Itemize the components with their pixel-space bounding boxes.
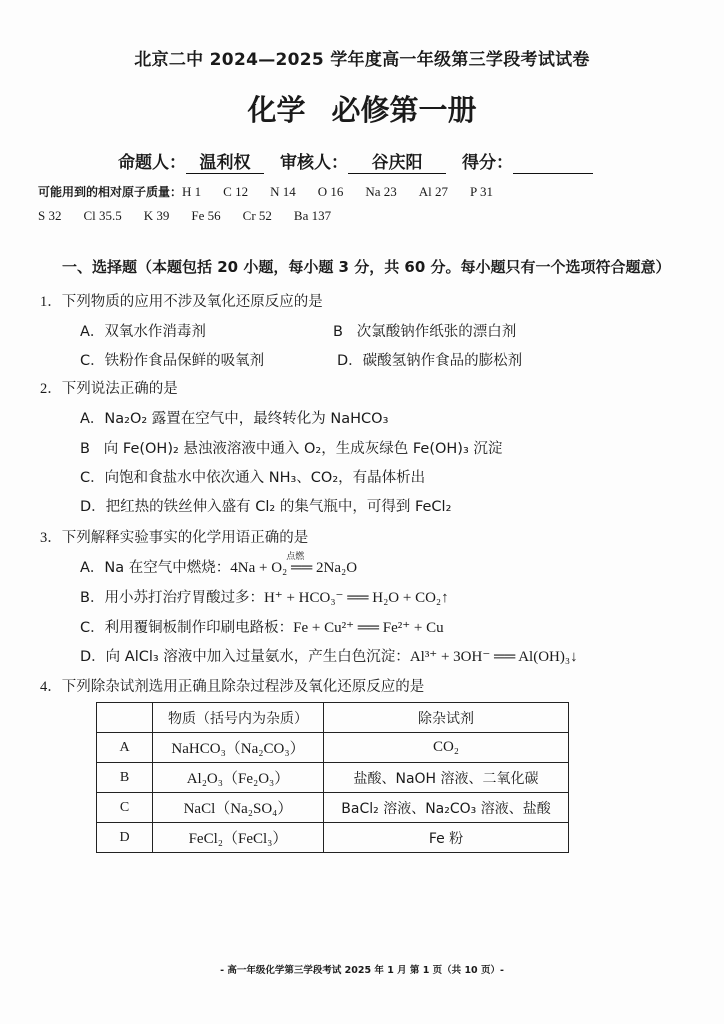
q1-option-c[interactable]: C．铁粉作食品保鲜的吸氧剂 xyxy=(80,349,264,370)
table-row[interactable]: D FeCl₂（FeCl₃） Fe 粉 xyxy=(97,823,569,853)
option-text: 铁粉作食品保鲜的吸氧剂 xyxy=(105,353,265,369)
section-title: 一、选择题（本题包括 20 小题，每小题 3 分，共 60 分。每小题只有一个选… xyxy=(62,256,671,277)
q1-option-b[interactable]: B 次氯酸钠作纸张的漂白剂 xyxy=(333,320,516,341)
option-text: 碳酸氢钠作食品的膨松剂 xyxy=(363,353,523,369)
atomic-masses-row1: 可能用到的相对原子质量：H 1C 12N 14O 16Na 23Al 27P 3… xyxy=(38,183,515,200)
atomic-mass: C 12 xyxy=(223,184,248,200)
question-2-stem: 2．下列说法正确的是 xyxy=(40,377,178,398)
atomic-mass: O 16 xyxy=(318,184,344,200)
option-letter: D xyxy=(97,823,153,853)
q1-option-a[interactable]: A．双氧水作消毒剂 xyxy=(80,320,206,341)
subject-title: 化学必修第一册 xyxy=(0,88,724,129)
substance-cell: NaCl（Na₂SO₄） xyxy=(153,793,324,823)
question-3-stem: 3．下列解释实验事实的化学用语正确的是 xyxy=(40,526,308,547)
q3-option-c[interactable]: C．利用覆铜板制作印刷电路板：Fe + Cu²⁺ ══ Fe²⁺ + Cu xyxy=(80,616,444,637)
q3-option-a[interactable]: A．Na 在空气中燃烧：点燃4Na + O₂ ══ 2Na₂O xyxy=(80,556,357,577)
score-label: 得分： xyxy=(462,153,513,173)
question-text: 下列物质的应用不涉及氧化还原反应的是 xyxy=(62,294,323,310)
question-text: 下列除杂试剂选用正确且除杂过程涉及氧化还原反应的是 xyxy=(62,679,425,695)
substance-cell: Al₂O₃（Fe₂O₃） xyxy=(153,763,324,793)
q2-option-c[interactable]: C．向饱和食盐水中依次通入 NH₃、CO₂，有晶体析出 xyxy=(80,466,425,487)
atomic-mass: Fe 56 xyxy=(191,208,220,224)
table-header-cell: 除杂试剂 xyxy=(324,703,569,733)
atomic-mass: Cr 52 xyxy=(243,208,272,224)
option-text: 向 AlCl₃ 溶液中加入过量氨水，产生白色沉淀： xyxy=(106,649,410,665)
option-letter: A． xyxy=(80,411,104,427)
exam-title: 北京二中 2024—2025 学年度高一年级第三学段考试试卷 xyxy=(0,45,724,70)
option-letter: A． xyxy=(80,324,104,340)
option-letter: B． xyxy=(80,590,104,606)
option-letter: A xyxy=(97,733,153,763)
option-letter: B xyxy=(97,763,153,793)
chemical-equation: Al³⁺ + 3OH⁻ ══ Al(OH)₃↓ xyxy=(410,649,578,665)
option-letter: C． xyxy=(80,353,105,369)
reagent-cell: BaCl₂ 溶液、Na₂CO₃ 溶液、盐酸 xyxy=(324,793,569,823)
question-number: 4． xyxy=(40,679,62,695)
question-1-stem: 1．下列物质的应用不涉及氧化还原反应的是 xyxy=(40,290,323,311)
question-4-stem: 4．下列除杂试剂选用正确且除杂过程涉及氧化还原反应的是 xyxy=(40,675,424,696)
option-letter: C． xyxy=(80,470,105,486)
reagent-cell: Fe 粉 xyxy=(324,823,569,853)
chemical-equation: 4Na + O₂ ══ 2Na₂O xyxy=(230,560,357,576)
chemical-equation: Fe + Cu²⁺ ══ Fe²⁺ + Cu xyxy=(293,620,444,636)
table-header-cell: 物质（括号内为杂质） xyxy=(153,703,324,733)
option-text: Na 在空气中燃烧： xyxy=(104,560,230,576)
option-text: 次氯酸钠作纸张的漂白剂 xyxy=(357,324,517,340)
option-letter: D． xyxy=(337,353,363,369)
question-number: 2． xyxy=(40,381,62,397)
atomic-mass: Al 27 xyxy=(419,184,448,200)
setter-label: 命题人： xyxy=(118,153,186,173)
option-text: Na₂O₂ 露置在空气中，最终转化为 NaHCO₃ xyxy=(104,411,388,427)
table-row[interactable]: B Al₂O₃（Fe₂O₃） 盐酸、NaOH 溶液、二氧化碳 xyxy=(97,763,569,793)
table-header-cell xyxy=(97,703,153,733)
equation: 点燃4Na + O₂ ══ 2Na₂O xyxy=(230,560,357,577)
atomic-mass: P 31 xyxy=(470,184,493,200)
book-name: 必修第一册 xyxy=(332,93,477,127)
option-letter: D． xyxy=(80,649,106,665)
q2-option-a[interactable]: A．Na₂O₂ 露置在空气中，最终转化为 NaHCO₃ xyxy=(80,407,388,428)
question-text: 下列说法正确的是 xyxy=(62,381,178,397)
question-number: 1． xyxy=(40,294,62,310)
option-letter: B xyxy=(80,441,90,457)
score-blank[interactable] xyxy=(513,153,593,174)
option-text: 把红热的铁丝伸入盛有 Cl₂ 的集气瓶中，可得到 FeCl₂ xyxy=(106,499,452,515)
subject-name: 化学 xyxy=(247,93,305,127)
q1-option-d[interactable]: D．碳酸氢钠作食品的膨松剂 xyxy=(337,349,522,370)
impurity-table: 物质（括号内为杂质） 除杂试剂 A NaHCO₃（Na₂CO₃） CO₂ B A… xyxy=(96,702,569,853)
substance-cell: NaHCO₃（Na₂CO₃） xyxy=(153,733,324,763)
atomic-mass: K 39 xyxy=(144,208,170,224)
q2-option-d[interactable]: D．把红热的铁丝伸入盛有 Cl₂ 的集气瓶中，可得到 FeCl₂ xyxy=(80,495,451,516)
exam-meta: 命题人：温利权审核人：谷庆阳得分： xyxy=(118,148,593,174)
q2-option-b[interactable]: B 向 Fe(OH)₂ 悬浊液溶液中通入 O₂，生成灰绿色 Fe(OH)₃ 沉淀 xyxy=(80,437,502,458)
atomic-mass: H 1 xyxy=(182,184,201,200)
atomic-mass: Na 23 xyxy=(365,184,396,200)
option-letter: D． xyxy=(80,499,106,515)
q3-option-b[interactable]: B．用小苏打治疗胃酸过多：H⁺ + HCO₃⁻ ══ H₂O + CO₂↑ xyxy=(80,586,449,607)
option-text: 利用覆铜板制作印刷电路板： xyxy=(105,620,294,636)
question-text: 下列解释实验事实的化学用语正确的是 xyxy=(62,530,309,546)
option-text: 用小苏打治疗胃酸过多： xyxy=(104,590,264,606)
reaction-condition: 点燃 xyxy=(286,549,304,562)
option-text: 向 Fe(OH)₂ 悬浊液溶液中通入 O₂，生成灰绿色 Fe(OH)₃ 沉淀 xyxy=(104,441,503,457)
reviewer-name: 谷庆阳 xyxy=(348,153,446,174)
option-text: 向饱和食盐水中依次通入 NH₃、CO₂，有晶体析出 xyxy=(105,470,426,486)
option-text: 双氧水作消毒剂 xyxy=(104,324,206,340)
table-row[interactable]: C NaCl（Na₂SO₄） BaCl₂ 溶液、Na₂CO₃ 溶液、盐酸 xyxy=(97,793,569,823)
substance-cell: FeCl₂（FeCl₃） xyxy=(153,823,324,853)
q3-option-d[interactable]: D．向 AlCl₃ 溶液中加入过量氨水，产生白色沉淀：Al³⁺ + 3OH⁻ ═… xyxy=(80,645,578,666)
option-letter: A． xyxy=(80,560,104,576)
option-letter: B xyxy=(333,324,343,340)
option-letter: C． xyxy=(80,620,105,636)
chemical-equation: H⁺ + HCO₃⁻ ══ H₂O + CO₂↑ xyxy=(264,590,449,606)
atomic-mass: Cl 35.5 xyxy=(83,208,121,224)
atomic-masses-row2: S 32Cl 35.5K 39Fe 56Cr 52Ba 137 xyxy=(38,208,353,224)
question-number: 3． xyxy=(40,530,62,546)
atomic-mass: Ba 137 xyxy=(294,208,331,224)
setter-name: 温利权 xyxy=(186,153,264,174)
atomic-mass: S 32 xyxy=(38,208,61,224)
table-header-row: 物质（括号内为杂质） 除杂试剂 xyxy=(97,703,569,733)
atomic-masses-label: 可能用到的相对原子质量： xyxy=(38,185,182,199)
reviewer-label: 审核人： xyxy=(280,153,348,173)
option-letter: C xyxy=(97,793,153,823)
atomic-mass: N 14 xyxy=(270,184,296,200)
reagent-cell: 盐酸、NaOH 溶液、二氧化碳 xyxy=(324,763,569,793)
table-row[interactable]: A NaHCO₃（Na₂CO₃） CO₂ xyxy=(97,733,569,763)
reagent-cell: CO₂ xyxy=(324,733,569,763)
page-footer: - 高一年级化学第三学段考试 2025 年 1 月 第 1 页（共 10 页）- xyxy=(0,962,724,976)
